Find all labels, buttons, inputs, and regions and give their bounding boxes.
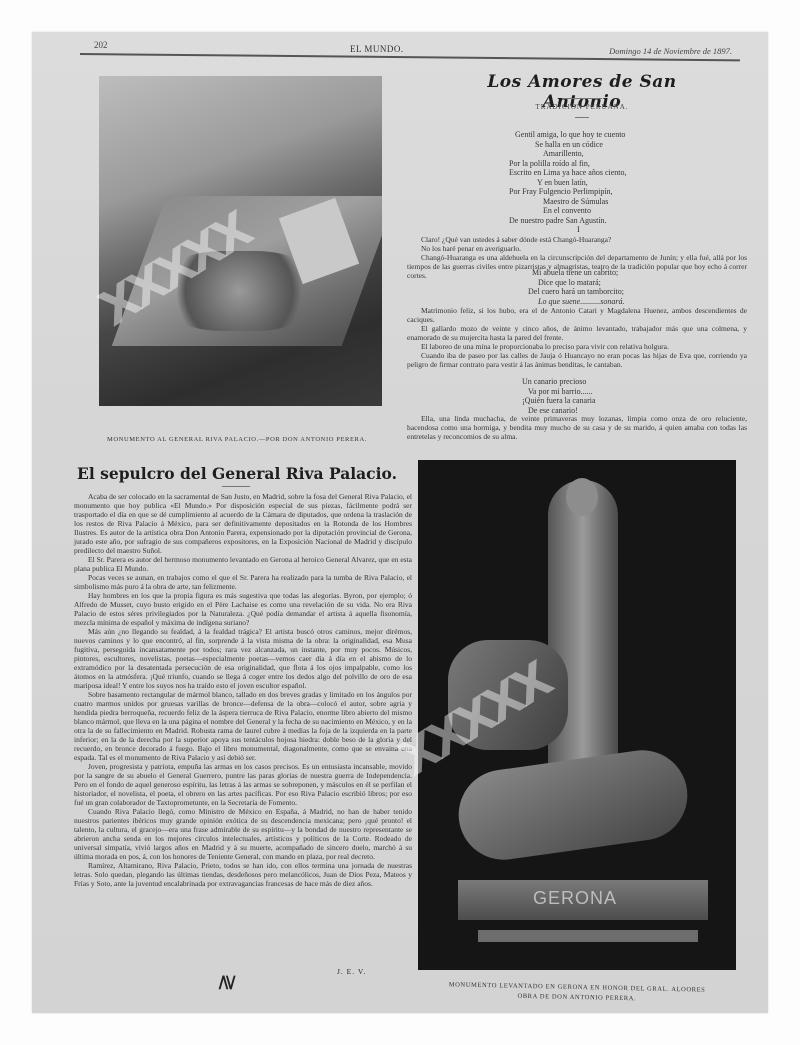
paragraph: Pocas veces se aunan, en trabajos como e… xyxy=(74,573,412,591)
paragraph: No los haré penar en averiguarlo. xyxy=(407,244,747,253)
article-body-part3: Ella, una linda muchacha, de veinte prim… xyxy=(407,414,747,441)
paragraph: Joven, progresista y patriota, empuña la… xyxy=(74,762,412,807)
verse-canario: Un canario precioso Va por mi barrio....… xyxy=(522,377,596,415)
paragraph: Cuando Riva Palacio llegó, como Ministro… xyxy=(74,807,412,861)
poem-line: Y en buen latín, xyxy=(515,178,627,188)
photo-riva-palacio-tomb xyxy=(99,76,382,406)
monument-step xyxy=(478,930,698,942)
poem-line: Escrito en Lima ya hace años ciento, xyxy=(509,168,627,178)
poem-line: Se halla en un códice xyxy=(515,140,627,150)
intro-poem: Gentil amiga, lo que hoy te cuento Se ha… xyxy=(515,130,627,225)
poem-line: Por Fray Fulgencio Perlimpipín, xyxy=(509,187,627,197)
title-divider xyxy=(222,486,250,487)
statue-fallen-figure xyxy=(453,744,693,865)
paragraph: Más aún ¿no llegando su fealdad, á la fe… xyxy=(74,627,412,690)
paragraph: Sobre basamento rectangular de mármol bl… xyxy=(74,690,412,762)
paragraph: Ella, una linda muchacha, de veinte prim… xyxy=(407,414,747,441)
page-number: 202 xyxy=(94,40,108,50)
poem-line: Por la polilla roído al fin, xyxy=(509,159,627,169)
subtitle-divider xyxy=(575,117,589,118)
title-divider xyxy=(562,98,602,99)
poem-line: Lo que suene..........sonará. xyxy=(532,297,624,307)
photo-gerona-monument: GERONA xyxy=(418,460,736,970)
article-title-riva-palacio: El sepulcro del General Riva Palacio. xyxy=(72,464,402,483)
poem-line: Un canario precioso xyxy=(522,377,596,387)
article-subtitle: TRADICIÓN PERUANA. xyxy=(462,103,702,111)
poem-line: Amarillento, xyxy=(515,149,627,159)
article-body-riva-palacio: Acaba de ser colocado en la sacramental … xyxy=(74,492,412,888)
publication-name: EL MUNDO. xyxy=(350,44,404,54)
verse-abuela: Mi abuela tiene un cabrito; Dice que lo … xyxy=(532,268,624,306)
statue-soldier xyxy=(448,640,568,750)
photo-caption-tomb: MONUMENTO AL GENERAL RIVA PALACIO.—POR D… xyxy=(72,436,402,443)
poem-line: Va por mi barrio...... xyxy=(522,387,596,397)
issue-date: Domingo 14 de Noviembre de 1897. xyxy=(609,46,732,56)
poem-line: Mi abuela tiene un cabrito; xyxy=(532,268,624,278)
masthead: 202 EL MUNDO. Domingo 14 de Noviembre de… xyxy=(80,40,740,62)
statue-head xyxy=(566,478,598,516)
paragraph: El laboreo de una mina le proporcionaba … xyxy=(407,342,747,351)
poem-line: Gentil amiga, lo que hoy te cuento xyxy=(515,130,627,140)
paragraph: Cuando iba de paseo por las calles de Ja… xyxy=(407,351,747,369)
paragraph: El Sr. Parera es autor del hermoso monum… xyxy=(74,555,412,573)
poem-line: Del cuero hará un tamborcito; xyxy=(528,287,624,297)
paragraph: Acaba de ser colocado en la sacramental … xyxy=(74,492,412,555)
article-body-part2: Matrimonio feliz, si los hubo, era el de… xyxy=(407,306,747,369)
section-numeral: I xyxy=(577,225,580,234)
author-signature: J. E. V. xyxy=(337,967,366,976)
ornament-flourish-icon: ≷ xyxy=(215,973,240,991)
poem-line: Maestro de Súmulas xyxy=(515,197,627,207)
wreath xyxy=(159,251,319,331)
poem-line: De nuestro padre San Agustín. xyxy=(509,216,627,226)
paragraph: Hay hombres en los que la propia figura … xyxy=(74,591,412,627)
paragraph: Ramírez, Altamirano, Riva Palacio, Priet… xyxy=(74,861,412,888)
newspaper-page: 202 EL MUNDO. Domingo 14 de Noviembre de… xyxy=(32,32,768,1013)
poem-line: Dice que lo matará; xyxy=(532,278,624,288)
paragraph: El gallardo mozo de veinte y cinco años,… xyxy=(407,324,747,342)
photo-caption-gerona: MONUMENTO LEVANTADO EN GERONA EN HONOR D… xyxy=(412,981,742,1005)
poem-line: En el convento xyxy=(515,206,627,216)
paragraph: Matrimonio feliz, si los hubo, era el de… xyxy=(407,306,747,324)
poem-line: ¡Quién fuera la canaria xyxy=(522,396,596,406)
monument-inscription: GERONA xyxy=(533,888,617,909)
paragraph: Claro! ¿Qué van ustedes á saber dónde es… xyxy=(407,235,747,244)
